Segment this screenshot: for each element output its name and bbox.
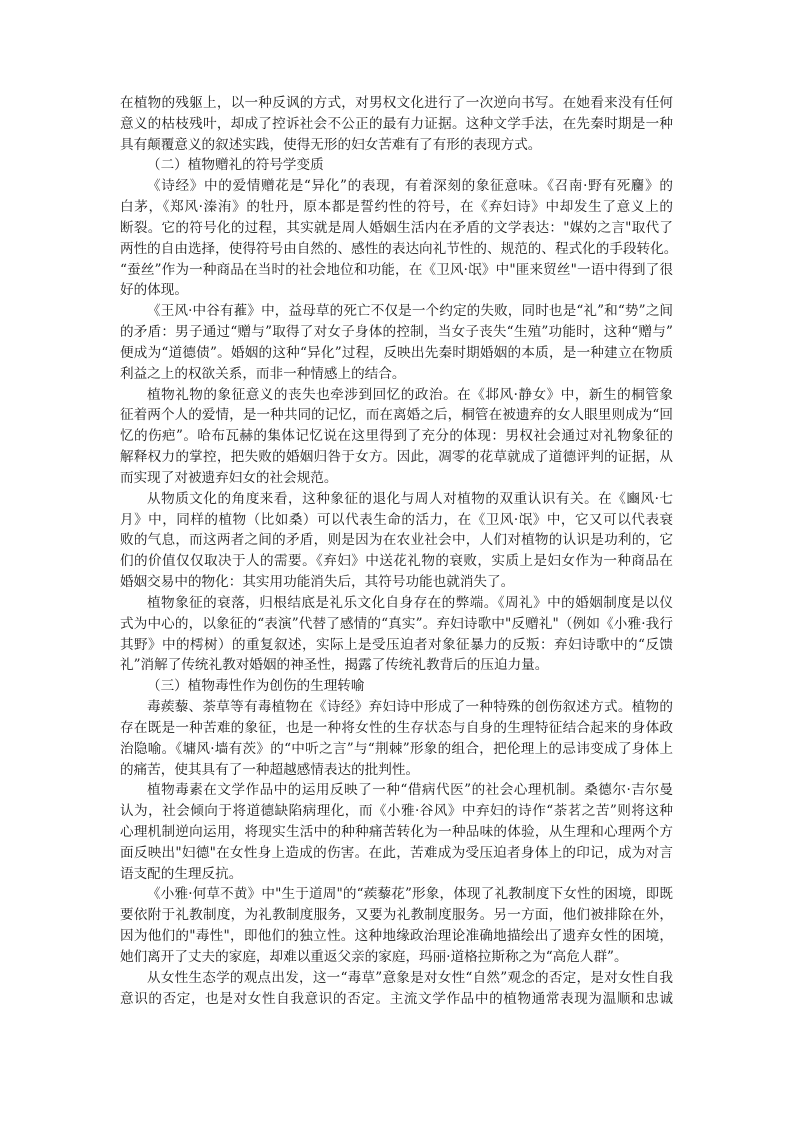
paragraph: 植物象征的衰落，归根结底是礼乐文化自身存在的弊端。《周礼》中的婚姻制度是以仪 式…	[120, 593, 673, 676]
paragraph: 从女性生态学的观点出发，这一“毒草”意象是对女性“自然”观念的否定，是对女性自我…	[120, 968, 673, 1010]
text-line: 好的体现。	[120, 280, 673, 301]
text-line: 意义的枯枝残叶，却成了控诉社会不公正的最有力证据。这种文学手法，在先秦时期是一种	[120, 114, 673, 135]
text-line: 面反映出"妇德"在女性身上造成的伤害。在此，苦难成为受压迫者身体上的印记，成为对…	[120, 843, 673, 864]
text-line: 在植物的残躯上，以一种反讽的方式，对男权文化进行了一次逆向书写。在她看来没有任何	[120, 93, 673, 114]
text-line: 《小雅·何草不黄》中"生于道周"的“蒺藜花”形象，体现了礼教制度下女性的困境，即…	[120, 884, 673, 905]
paragraph: 植物礼物的象征意义的丧失也牵涉到回忆的政治。在《邶风·静女》中，新生的桐管象 征…	[120, 385, 673, 489]
text-line: 心理机制逆向运用，将现实生活中的种种痛苦转化为一种品味的体验，从生理和心理两个方	[120, 822, 673, 843]
text-line: 婚姻交易中的物化：其实用功能消失后，其符号功能也就消失了。	[120, 572, 673, 593]
text-line: 其野》中的樗树）的重复叙述，实际上是受压迫者对象征暴力的反叛：弃妇诗歌中的“反馈	[120, 635, 673, 656]
document-page: 在植物的残躯上，以一种反讽的方式，对男权文化进行了一次逆向书写。在她看来没有任何…	[120, 93, 673, 1009]
text-line: “蚕丝”作为一种商品在当时的社会地位和功能，在《卫风·氓》中"匪来贸丝"一语中得…	[120, 260, 673, 281]
text-line: 败的气息，而这两者之间的矛盾，则是因为在农业社会中，人们对植物的认识是功利的，它	[120, 530, 673, 551]
text-line: 植物象征的衰落，归根结底是礼乐文化自身存在的弊端。《周礼》中的婚姻制度是以仪	[120, 593, 673, 614]
text-line: 《诗经》中的爱情赠花是“异化”的表现，有着深刻的象征意味。《召南·野有死麕》的	[120, 176, 673, 197]
paragraph: 《诗经》中的爱情赠花是“异化”的表现，有着深刻的象征意味。《召南·野有死麕》的 …	[120, 176, 673, 301]
text-line: 而实现了对被遗弃妇女的社会规范。	[120, 468, 673, 489]
paragraph: 《小雅·何草不黄》中"生于道周"的“蒺藜花”形象，体现了礼教制度下女性的困境，即…	[120, 884, 673, 967]
text-line: 两性的自由选择，使得符号由自然的、感性的表达向礼节性的、规范的、程式化的手段转化…	[120, 239, 673, 260]
text-line: 征着两个人的爱情，是一种共同的记忆，而在离婚之后，桐管在被遗弃的女人眼里则成为“…	[120, 405, 673, 426]
text-line: 利益之上的权欲关系，而非一种情感上的结合。	[120, 364, 673, 385]
text-line: 月》中，同样的植物（比如桑）可以代表生命的活力，在《卫风·氓》中，它又可以代表衰	[120, 510, 673, 531]
paragraph: 《王风·中谷有蓷》中，益母草的死亡不仅是一个约定的失败，同时也是“礼”和“势”之…	[120, 301, 673, 384]
text-line: 存在既是一种苦难的象征，也是一种将女性的生存状态与自身的生理特征结合起来的身体政	[120, 718, 673, 739]
text-line: 治隐喻。《墉风·墙有茨》的“中听之言”与“荆棘”形象的组合，把伦理上的忌讳变成了…	[120, 739, 673, 760]
text-line: 白茅，《郑风·溱洧》的牡丹，原本都是誓约性的符号，在《弃妇诗》中却发生了意义上的	[120, 197, 673, 218]
text-line: 从物质文化的角度来看，这种象征的退化与周人对植物的双重认识有关。在《豳风·七	[120, 489, 673, 510]
text-line: 式为中心的，以象征的“表演”代替了感情的“真实”。弃妇诗歌中"反赠礼"（例如《小…	[120, 614, 673, 635]
text-line: 语支配的生理反抗。	[120, 864, 673, 885]
text-line: 从女性生态学的观点出发，这一“毒草”意象是对女性“自然”观念的否定，是对女性自我	[120, 968, 673, 989]
text-line: 便成为“道德债”。婚姻的这种“异化”过程，反映出先秦时期婚姻的本质，是一种建立在…	[120, 343, 673, 364]
text-line: 因为他们的"毒性"，即他们的独立性。这种地缘政治理论准确地描绘出了遗弃女性的困境…	[120, 926, 673, 947]
section-heading: （三）植物毒性作为创伤的生理转喻	[120, 676, 673, 697]
text-line: 的矛盾：男子通过“赠与”取得了对女子身体的控制，当女子丧失“生殖”功能时，这种“…	[120, 322, 673, 343]
text-line: 忆的伤疤”。哈布瓦赫的集体记忆说在这里得到了充分的体现：男权社会通过对礼物象征的	[120, 426, 673, 447]
text-line: 她们离开了丈夫的家庭，却难以重返父亲的家庭，玛丽·道格拉斯称之为“高危人群”。	[120, 947, 673, 968]
text-line: 礼”消解了传统礼教对婚姻的神圣性，揭露了传统礼教背后的压迫力量。	[120, 655, 673, 676]
paragraph: 毒蒺藜、荼草等有毒植物在《诗经》弃妇诗中形成了一种特殊的创伤叙述方式。植物的 存…	[120, 697, 673, 780]
text-line: 解释权力的掌控，把失败的婚姻归咎于女方。因此，凋零的花草就成了道德评判的证据，从	[120, 447, 673, 468]
text-line: 断裂。它的符号化的过程，其实就是周人婚姻生活内在矛盾的文学表达："媒妁之言"取代…	[120, 218, 673, 239]
text-line: 意识的否定，也是对女性自我意识的否定。主流文学作品中的植物通常表现为温顺和忠诚	[120, 989, 673, 1010]
text-line: 们的价值仅仅取决于人的需要。《弃妇》中送花礼物的衰败，实质上是妇女作为一种商品在	[120, 551, 673, 572]
paragraph: 在植物的残躯上，以一种反讽的方式，对男权文化进行了一次逆向书写。在她看来没有任何…	[120, 93, 673, 155]
text-line: 《王风·中谷有蓷》中，益母草的死亡不仅是一个约定的失败，同时也是“礼”和“势”之…	[120, 301, 673, 322]
section-heading: （二）植物赠礼的符号学变质	[120, 155, 673, 176]
paragraph: 植物毒素在文学作品中的运用反映了一种“借病代医”的社会心理机制。桑德尔·吉尔曼 …	[120, 780, 673, 884]
text-line: 具有颠覆意义的叙述实践，使得无形的妇女苦难有了有形的表现方式。	[120, 135, 673, 156]
text-line: 植物礼物的象征意义的丧失也牵涉到回忆的政治。在《邶风·静女》中，新生的桐管象	[120, 385, 673, 406]
paragraph: 从物质文化的角度来看，这种象征的退化与周人对植物的双重认识有关。在《豳风·七 月…	[120, 489, 673, 593]
text-line: 植物毒素在文学作品中的运用反映了一种“借病代医”的社会心理机制。桑德尔·吉尔曼	[120, 780, 673, 801]
text-line: 认为，社会倾向于将道德缺陷病理化，而《小雅·谷风》中弃妇的诗作“荼茗之苦”则将这…	[120, 801, 673, 822]
text-line: 要依附于礼教制度，为礼教制度服务，又要为礼教制度服务。另一方面，他们被排除在外，	[120, 905, 673, 926]
text-line: 毒蒺藜、荼草等有毒植物在《诗经》弃妇诗中形成了一种特殊的创伤叙述方式。植物的	[120, 697, 673, 718]
text-line: 的痛苦，使其具有了一种超越感情表达的批判性。	[120, 760, 673, 781]
